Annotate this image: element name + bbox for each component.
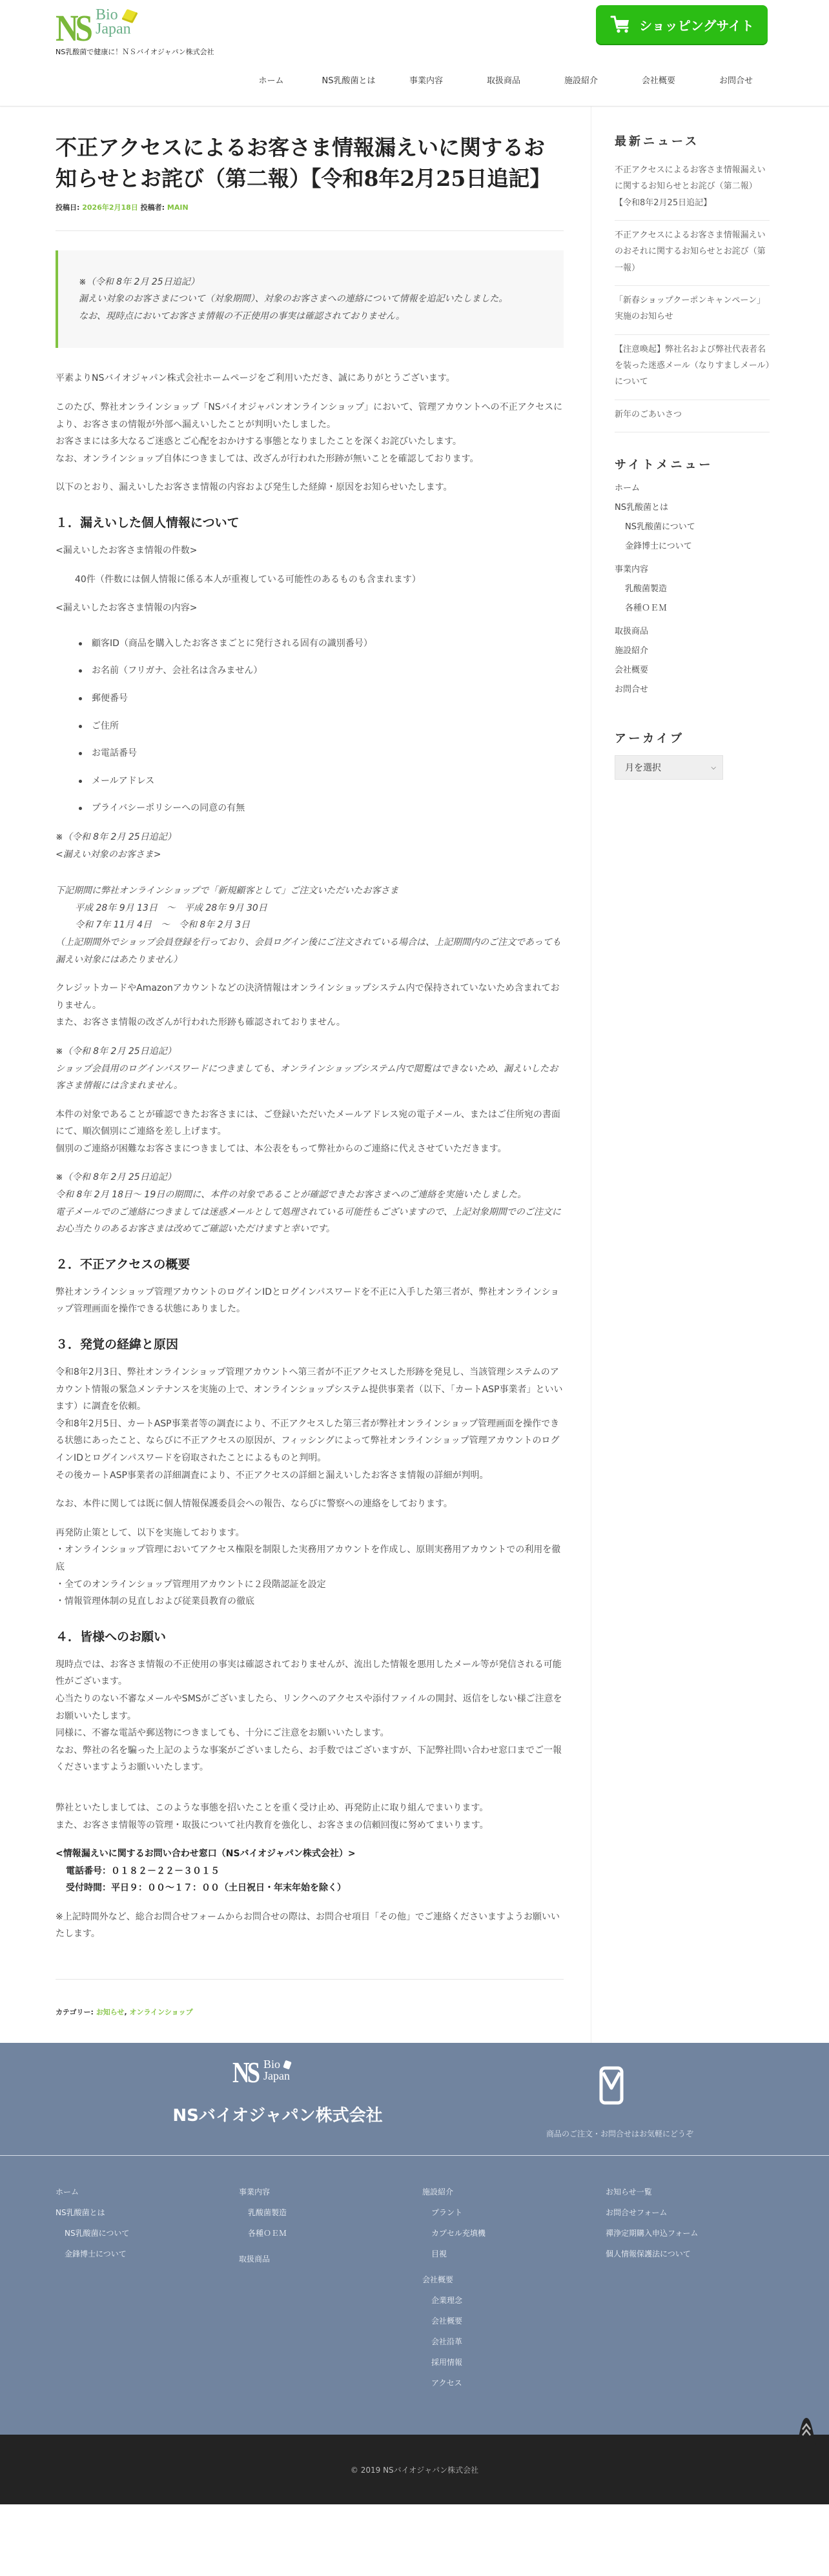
divider: [56, 230, 564, 231]
archive-title: アーカイブ: [615, 729, 806, 746]
nav-products[interactable]: 取扱商品: [465, 70, 542, 90]
copyright: © 2019 NSバイオジャパン株式会社: [351, 2464, 478, 2475]
nav-ns-lactobacillus[interactable]: NS乳酸菌とは: [310, 70, 387, 90]
closing-statement: 弊社といたしましては、このような事態を招いたことを重く受け止め、再発防止に取り組…: [56, 1800, 564, 1834]
update-notice: ※（令和 8年 2月 25日追記） 漏えい対象のお客さまについて（対象期間）、対…: [56, 250, 564, 349]
prevention-measures: 再発防止策として、以下を実施しております。 ・オンラインショップ管理においてアク…: [56, 1525, 564, 1610]
menu-facilities[interactable]: 施設紹介: [615, 642, 806, 661]
sidebar: 最新ニュース 不正アクセスによるお客さま情報漏えいに関するお知らせとお詫び（第二…: [591, 106, 829, 2043]
list-item: お名前（フリガナ、会社名は含みません）: [79, 662, 564, 680]
leak-count-label: <漏えいしたお客さま情報の件数>: [56, 542, 564, 560]
nav-company[interactable]: 会社概要: [620, 70, 697, 90]
list-item: お電話番号: [79, 745, 564, 762]
intro-incident: このたび、弊社オンラインショップ「NSバイオジャパンオンラインショップ」において…: [56, 399, 564, 467]
footer-col-4: お知らせ一覧 お問合せフォーム 禪浄定期購入申込フォーム 個人情報保護法について: [606, 2182, 789, 2435]
mail-icon[interactable]: [599, 2066, 624, 2105]
news-link[interactable]: 【注意喚起】弊社名および弊社代表者名を装った迷惑メール（なりすましメール）につい…: [615, 335, 770, 400]
contact-phone: 電話番号：０１８２－２２－３０１５: [56, 1863, 564, 1880]
footer-link[interactable]: 取扱商品: [239, 2249, 422, 2269]
footer-link[interactable]: お問合せフォーム: [606, 2202, 789, 2223]
menu-oem[interactable]: 各種ＯＥＭ: [615, 599, 806, 618]
footer-bottom: © 2019 NSバイオジャパン株式会社: [0, 2435, 829, 2504]
category-link-online-shop[interactable]: オンラインショップ: [130, 2008, 193, 2016]
menu-about-ns[interactable]: NS乳酸菌について: [615, 518, 806, 537]
shopping-site-button[interactable]: ショッピングサイト: [596, 5, 768, 44]
payment-info-note: クレジットカードやAmazonアカウントなどの決済情報はオンラインショップシステ…: [56, 980, 564, 1031]
footer-logo: NS BioJapan: [232, 2057, 291, 2093]
footer-link[interactable]: 各種ＯＥＭ: [239, 2223, 422, 2244]
nav-contact[interactable]: お問合せ: [697, 70, 775, 90]
news-link[interactable]: 「新春ショップクーポンキャンペーン」実施のお知らせ: [615, 286, 770, 335]
section-4-text: 現時点では、お客さま情報の不正使用の事実は確認されておりませんが、流出した情報を…: [56, 1656, 564, 1776]
news-link[interactable]: 不正アクセスによるお客さま情報漏えいのおそれに関するお知らせとお詫び（第一報）: [615, 221, 770, 286]
footer-link[interactable]: 採用情報: [422, 2352, 606, 2373]
contact-policy: 本件の対象であることが確認できたお客さまには、ご登録いただいたメールアドレス宛の…: [56, 1106, 564, 1158]
intro-greeting: 平素よりNSバイオジャパン株式会社ホームページをご利用いただき、誠にありがとうご…: [56, 370, 564, 387]
menu-products[interactable]: 取扱商品: [615, 622, 806, 642]
nav-home[interactable]: ホーム: [232, 70, 310, 90]
site-logo[interactable]: NS BioJapan: [56, 6, 139, 45]
site-header: NS BioJapan NS乳酸菌で健康に！ＮＳバイオジャパン株式会社 ショッピ…: [0, 0, 829, 106]
section-2-text: 弊社オンラインショップ管理アカウントのログインIDとログインパスワードを不正に入…: [56, 1284, 564, 1318]
footer-link[interactable]: ホーム: [56, 2182, 239, 2202]
footer-link[interactable]: 個人情報保護法について: [606, 2244, 789, 2264]
post-categories: カテゴリー: お知らせ, オンラインショップ: [56, 2007, 564, 2017]
section-3-heading: ３．発覚の経緯と原因: [56, 1335, 564, 1352]
menu-dr-kinho[interactable]: 金鋒博士について: [615, 537, 806, 556]
footer-link[interactable]: 乳酸菌製造: [239, 2202, 422, 2223]
site-menu: ホーム NS乳酸菌とは NS乳酸菌について 金鋒博士について 事業内容 乳酸菌製…: [615, 479, 806, 700]
footer-links: ホーム NS乳酸菌とは NS乳酸菌について 金鋒博士について 事業内容 乳酸菌製…: [0, 2156, 829, 2435]
latest-news-title: 最新ニュース: [615, 132, 806, 149]
post-author-link[interactable]: MAIN: [167, 203, 189, 212]
post-date-link[interactable]: 2026年2月18日: [82, 203, 138, 212]
main-nav: ホーム NS乳酸菌とは 事業内容 取扱商品 施設紹介 会社概要 お問合せ: [232, 70, 775, 90]
post-title: 不正アクセスによるお客さま情報漏えいに関するお知らせとお詫び（第二報）【令和8年…: [56, 132, 564, 194]
cart-icon: [609, 14, 631, 35]
contact-window: <情報漏えいに関するお問い合わせ窓口（NSバイオジャパン株式会社）> 電話番号：…: [56, 1845, 564, 1897]
footer-link[interactable]: 会社沿革: [422, 2331, 606, 2352]
nav-business[interactable]: 事業内容: [387, 70, 465, 90]
category-link-news[interactable]: お知らせ: [96, 2008, 125, 2016]
footer-link[interactable]: 事業内容: [239, 2182, 422, 2202]
footer-col-1: ホーム NS乳酸菌とは NS乳酸菌について 金鋒博士について: [56, 2182, 239, 2435]
contact-footnote: ※上記時間外など、総合お問合せフォームからお問合せの際は、お問合せ項目「その他」…: [56, 1909, 564, 1943]
intro-summary: 以下のとおり、漏えいしたお客さま情報の内容および発生した経緯・原因をお知らせいた…: [56, 479, 564, 496]
addendum-target: ※（令和 8年 2月 25日追記） <漏えい対象のお客さま> 下記期間に弊社オン…: [56, 829, 564, 968]
footer-link[interactable]: プラント: [422, 2202, 606, 2223]
page-body: 不正アクセスによるお客さま情報漏えいに関するお知らせとお詫び（第二報）【令和8年…: [0, 106, 829, 2043]
divider: [56, 1979, 564, 1980]
footer-link[interactable]: 目視: [422, 2244, 606, 2264]
menu-business[interactable]: 事業内容: [615, 560, 806, 580]
section-4-heading: ４．皆様へのお願い: [56, 1627, 564, 1645]
footer-link[interactable]: カプセル充填機: [422, 2223, 606, 2244]
post-meta: 投稿日: 2026年2月18日 投稿者: MAIN: [56, 202, 564, 212]
menu-company[interactable]: 会社概要: [615, 661, 806, 680]
shopping-site-label: ショッピングサイト: [639, 15, 754, 34]
section-3-report: なお、本件に関しては既に個人情報保護委員会への報告、ならびに警察への連絡をしてお…: [56, 1496, 564, 1513]
leak-content-label: <漏えいしたお客さま情報の内容>: [56, 600, 564, 617]
site-tagline: NS乳酸菌で健康に！ＮＳバイオジャパン株式会社: [56, 46, 214, 57]
section-2-heading: ２．不正アクセスの概要: [56, 1255, 564, 1272]
post-content: 不正アクセスによるお客さま情報漏えいに関するお知らせとお詫び（第二報）【令和8年…: [0, 106, 591, 2043]
list-item: プライバシーポリシーへの同意の有無: [79, 800, 564, 817]
footer-col-2: 事業内容 乳酸菌製造 各種ＯＥＭ 取扱商品: [239, 2182, 422, 2435]
nav-facilities[interactable]: 施設紹介: [542, 70, 620, 90]
leak-count: 40件（件数には個人情報に係る本人が重複している可能性のあるものも含まれます）: [56, 571, 564, 589]
site-footer: NS BioJapan NSバイオジャパン株式会社 商品のご注文・お問合せはお気…: [0, 2043, 829, 2504]
footer-link[interactable]: お知らせ一覧: [606, 2182, 789, 2202]
latest-news-list: 不正アクセスによるお客さま情報漏えいに関するお知らせとお詫び（第二報）【令和8年…: [615, 162, 806, 432]
footer-link[interactable]: NS乳酸菌とは: [56, 2202, 239, 2223]
chevron-down-icon: ⌵: [711, 764, 716, 771]
leaked-items-list: 顧客ID（商品を購入したお客さまごとに発行される固有の識別番号） お名前（フリガ…: [56, 635, 564, 817]
menu-contact[interactable]: お問合せ: [615, 680, 806, 700]
archive-month-select[interactable]: 月を選択 ⌵: [615, 755, 723, 780]
section-1-heading: １．漏えいした個人情報について: [56, 513, 564, 531]
list-item: 顧客ID（商品を購入したお客さまごとに発行される固有の識別番号）: [79, 635, 564, 653]
footer-link[interactable]: NS乳酸菌について: [56, 2223, 239, 2244]
footer-link[interactable]: 会社概要: [422, 2269, 606, 2290]
footer-link[interactable]: 金鋒博士について: [56, 2244, 239, 2264]
scroll-to-top-icon[interactable]: [797, 2417, 816, 2445]
news-link[interactable]: 新年のごあいさつ: [615, 400, 770, 432]
footer-company-name: NSバイオジャパン株式会社: [161, 2102, 394, 2126]
addendum-password: ※（令和 8年 2月 25日追記） ショップ会員用のログインパスワードにつきまし…: [56, 1043, 564, 1095]
menu-home[interactable]: ホーム: [615, 479, 806, 498]
section-3-timeline: 令和8年2月3日、弊社オンラインショップ管理アカウントへ第三者が不正アクセスした…: [56, 1364, 564, 1484]
menu-ns-lactobacillus[interactable]: NS乳酸菌とは: [615, 498, 806, 518]
news-link[interactable]: 不正アクセスによるお客さま情報漏えいに関するお知らせとお詫び（第二報）【令和8年…: [615, 162, 770, 221]
contact-hours: 受付時間：平日９：００～１７：００（土日祝日・年末年始を除く）: [56, 1880, 564, 1897]
footer-brand: NS BioJapan NSバイオジャパン株式会社 商品のご注文・お問合せはお気…: [0, 2043, 829, 2156]
footer-link[interactable]: 会社概要: [422, 2311, 606, 2331]
footer-link[interactable]: 企業理念: [422, 2290, 606, 2311]
site-menu-title: サイトメニュー: [615, 456, 806, 472]
menu-manufacturing[interactable]: 乳酸菌製造: [615, 580, 806, 599]
logo-ns: NS: [56, 12, 90, 45]
addendum-contacted: ※（令和 8年 2月 25日追記） 令和 8年 2月 18日～ 19日の期間に、…: [56, 1169, 564, 1237]
footer-link[interactable]: 禪浄定期購入申込フォーム: [606, 2223, 789, 2244]
list-item: 郵便番号: [79, 690, 564, 707]
footer-contact-caption: 商品のご注文・お問合せはお気軽にどうぞ: [510, 2128, 730, 2139]
footer-col-3: 施設紹介 プラント カプセル充填機 目視 会社概要 企業理念 会社概要 会社沿革…: [422, 2182, 606, 2435]
list-item: ご住所: [79, 718, 564, 735]
list-item: メールアドレス: [79, 773, 564, 790]
footer-link[interactable]: 施設紹介: [422, 2182, 606, 2202]
footer-link[interactable]: アクセス: [422, 2373, 606, 2393]
